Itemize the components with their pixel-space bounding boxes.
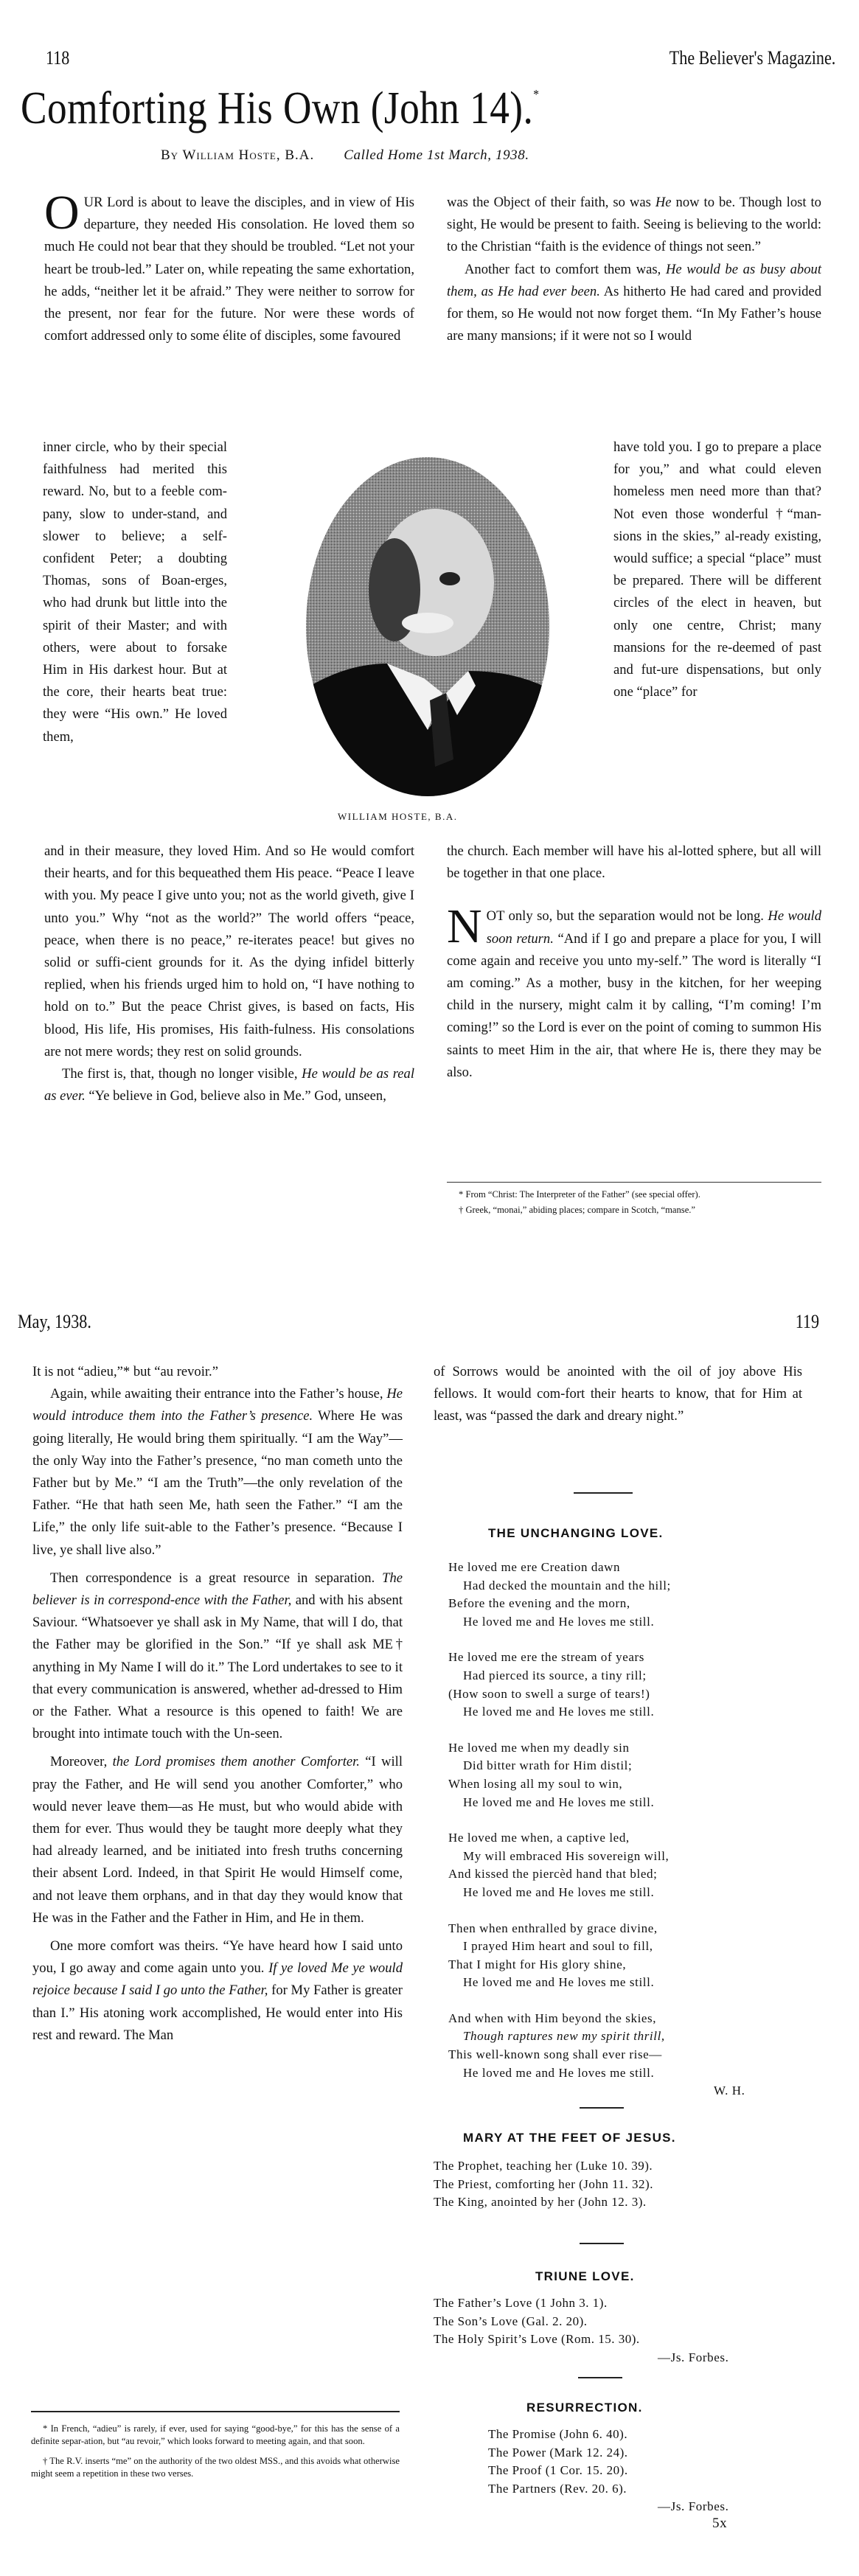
paragraph: OUR Lord is about to leave the disciples… bbox=[44, 192, 414, 347]
poem-line: He loved me and He loves me still. bbox=[448, 2064, 671, 2083]
poem-line: That I might for His glory shine, bbox=[448, 1956, 671, 1974]
called-home-note: Called Home 1st March, 1938. bbox=[344, 147, 529, 163]
poem-line: I prayed Him heart and soul to fill, bbox=[448, 1938, 671, 1956]
triune-title: TRIUNE LOVE. bbox=[535, 2269, 635, 2284]
list-item: The Proof (1 Cor. 15. 20). bbox=[488, 2462, 628, 2480]
poem-line: My will embraced His sovereign will, bbox=[448, 1848, 671, 1866]
right-column-beside-photo: have told you. I go to prepare a place f… bbox=[613, 436, 821, 703]
poem-line: Had pierced its source, a tiny rill; bbox=[448, 1667, 671, 1685]
paragraph: Another fact to comfort them was, He wou… bbox=[447, 259, 821, 348]
title-footnote-mark: * bbox=[533, 87, 539, 102]
page-119: May, 1938. 119 It is not “adieu,”* but “… bbox=[0, 1298, 859, 2576]
drop-cap: N bbox=[447, 907, 482, 947]
poem-line: He loved me when, a captive led, bbox=[448, 1829, 671, 1848]
poem-line: He loved me and He loves me still. bbox=[448, 1794, 671, 1812]
page-number: 119 bbox=[796, 1311, 819, 1333]
list-item: The Partners (Rev. 20. 6). bbox=[488, 2480, 628, 2499]
poem-line: (How soon to swell a surge of tears!) bbox=[448, 1685, 671, 1704]
footnote: * From “Christ: The Interpreter of the F… bbox=[447, 1188, 821, 1201]
footnote: † The R.V. inserts “me” on the authority… bbox=[31, 2455, 400, 2480]
poem-line: He loved me and He loves me still. bbox=[448, 1613, 671, 1632]
poem-title: THE UNCHANGING LOVE. bbox=[488, 1526, 664, 1541]
portrait-caption: WILLIAM HOSTE, B.A. bbox=[338, 811, 457, 823]
list-item: The Prophet, teaching her (Luke 10. 39). bbox=[434, 2157, 653, 2176]
poem-stanza: He loved me when my deadly sin Did bitte… bbox=[448, 1739, 671, 1811]
poem-unchanging-love: He loved me ere Creation dawn Had decked… bbox=[448, 1559, 671, 2082]
paragraph: Then correspondence is a great resource … bbox=[32, 1567, 403, 1746]
poem-stanza: And when with Him beyond the skies, Thou… bbox=[448, 2010, 671, 2082]
mary-title: MARY AT THE FEET OF JESUS. bbox=[463, 2131, 676, 2145]
poem-stanza: Then when enthralled by grace divine, I … bbox=[448, 1920, 671, 1992]
page-number: 118 bbox=[46, 47, 69, 69]
list-item: The Priest, comforting her (John 11. 32)… bbox=[434, 2176, 653, 2194]
paragraph: One more comfort was theirs. “Ye have he… bbox=[32, 1935, 403, 2047]
poem-line: Had decked the mountain and the hill; bbox=[448, 1577, 671, 1595]
poem-line: And when with Him beyond the skies, bbox=[448, 2010, 671, 2028]
author: By William Hoste, B.A. bbox=[161, 147, 314, 163]
list-item: The Father’s Love (1 John 3. 1). bbox=[434, 2294, 640, 2313]
paragraph: of Sorrows would be anointed with the oi… bbox=[434, 1361, 802, 1428]
list-item: The Power (Mark 12. 24). bbox=[488, 2444, 628, 2462]
right-column-bottom: the church. Each member will have his al… bbox=[447, 840, 821, 1084]
poem-stanza: He loved me ere Creation dawn Had decked… bbox=[448, 1559, 671, 1631]
magazine-title: The Believer's Magazine. bbox=[669, 47, 835, 69]
paragraph: NOT only so, but the separation would no… bbox=[447, 905, 821, 1084]
section-divider bbox=[580, 2243, 624, 2244]
left-column-top: OUR Lord is about to leave the disciples… bbox=[44, 192, 414, 347]
drop-cap: O bbox=[44, 193, 80, 233]
page-118: 118 The Believer's Magazine. Comforting … bbox=[0, 0, 859, 1298]
poem-line: Though raptures new my spirit thrill, bbox=[448, 2027, 671, 2046]
poem-line: He loved me and He loves me still. bbox=[448, 1703, 671, 1722]
resurrection-list: The Promise (John 6. 40). The Power (Mar… bbox=[488, 2426, 628, 2498]
resurrection-signature: —Js. Forbes. bbox=[658, 2499, 728, 2514]
printer-signature-mark: 5x bbox=[712, 2516, 727, 2532]
list-item: The Holy Spirit’s Love (Rom. 15. 30). bbox=[434, 2330, 640, 2349]
list-item: The Son’s Love (Gal. 2. 20). bbox=[434, 2313, 640, 2331]
paragraph: was the Object of their faith, so was He… bbox=[447, 192, 821, 259]
poem-line: He loved me and He loves me still. bbox=[448, 1884, 671, 1902]
poem-line: He loved me ere the stream of years bbox=[448, 1649, 671, 1667]
paragraph: have told you. I go to prepare a place f… bbox=[613, 436, 821, 703]
right-column-continuation: of Sorrows would be anointed with the oi… bbox=[434, 1361, 802, 1428]
issue-date: May, 1938. bbox=[18, 1311, 91, 1333]
footnotes: * In French, “adieu” is rarely, if ever,… bbox=[31, 2423, 400, 2483]
footnote: † Greek, “monai,” abiding places; compar… bbox=[447, 1204, 821, 1216]
footnote-divider bbox=[447, 1182, 821, 1183]
poem-stanza: He loved me when, a captive led, My will… bbox=[448, 1829, 671, 1901]
portrait-icon bbox=[299, 450, 557, 804]
section-divider bbox=[574, 1492, 633, 1494]
poem-line: Before the evening and the morn, bbox=[448, 1595, 671, 1613]
paragraph: Again, while awaiting their entrance int… bbox=[32, 1383, 403, 1562]
paragraph: inner circle, who by their special faith… bbox=[43, 436, 227, 748]
paragraph: The first is, that, though no longer vis… bbox=[44, 1063, 414, 1107]
footnotes: * From “Christ: The Interpreter of the F… bbox=[447, 1188, 821, 1219]
poem-line: And kissed the piercèd hand that bled; bbox=[448, 1865, 671, 1884]
section-divider bbox=[578, 2377, 622, 2378]
right-column-top: was the Object of their faith, so was He… bbox=[447, 192, 821, 347]
poem-line: He loved me ere Creation dawn bbox=[448, 1559, 671, 1577]
paragraph: Moreover, the Lord promises them another… bbox=[32, 1751, 403, 1929]
left-column-beside-photo: inner circle, who by their special faith… bbox=[43, 436, 227, 748]
portrait-photo bbox=[299, 450, 557, 804]
footnote: * In French, “adieu” is rarely, if ever,… bbox=[31, 2423, 400, 2448]
poem-signature: W. H. bbox=[714, 2084, 745, 2098]
poem-line: He loved me when my deadly sin bbox=[448, 1739, 671, 1758]
poem-line: Then when enthralled by grace divine, bbox=[448, 1920, 671, 1938]
triune-signature: —Js. Forbes. bbox=[658, 2350, 728, 2365]
footnote-divider bbox=[31, 2411, 400, 2412]
article-title: Comforting His Own (John 14).* bbox=[21, 83, 718, 135]
poem-line: This well-known song shall ever rise— bbox=[448, 2046, 671, 2064]
paragraph: It is not “adieu,”* but “au revoir.” bbox=[32, 1361, 403, 1383]
mary-list: The Prophet, teaching her (Luke 10. 39).… bbox=[434, 2157, 653, 2212]
resurrection-title: RESURRECTION. bbox=[526, 2401, 643, 2415]
paragraph: the church. Each member will have his al… bbox=[447, 840, 821, 885]
triune-list: The Father’s Love (1 John 3. 1). The Son… bbox=[434, 2294, 640, 2349]
list-item: The Promise (John 6. 40). bbox=[488, 2426, 628, 2444]
section-divider bbox=[580, 2107, 624, 2109]
left-column-bottom: and in their measure, they loved Him. An… bbox=[44, 840, 414, 1107]
list-item: The King, anointed by her (John 12. 3). bbox=[434, 2193, 653, 2212]
poem-stanza: He loved me ere the stream of years Had … bbox=[448, 1649, 671, 1721]
poem-line: When losing all my soul to win, bbox=[448, 1775, 671, 1794]
poem-line: He loved me and He loves me still. bbox=[448, 1974, 671, 1992]
poem-line: Did bitter wrath for Him distil; bbox=[448, 1757, 671, 1775]
byline: By William Hoste, B.A.Called Home 1st Ma… bbox=[161, 147, 529, 164]
paragraph: and in their measure, they loved Him. An… bbox=[44, 840, 414, 1063]
left-column: It is not “adieu,”* but “au revoir.” Aga… bbox=[32, 1361, 403, 2047]
